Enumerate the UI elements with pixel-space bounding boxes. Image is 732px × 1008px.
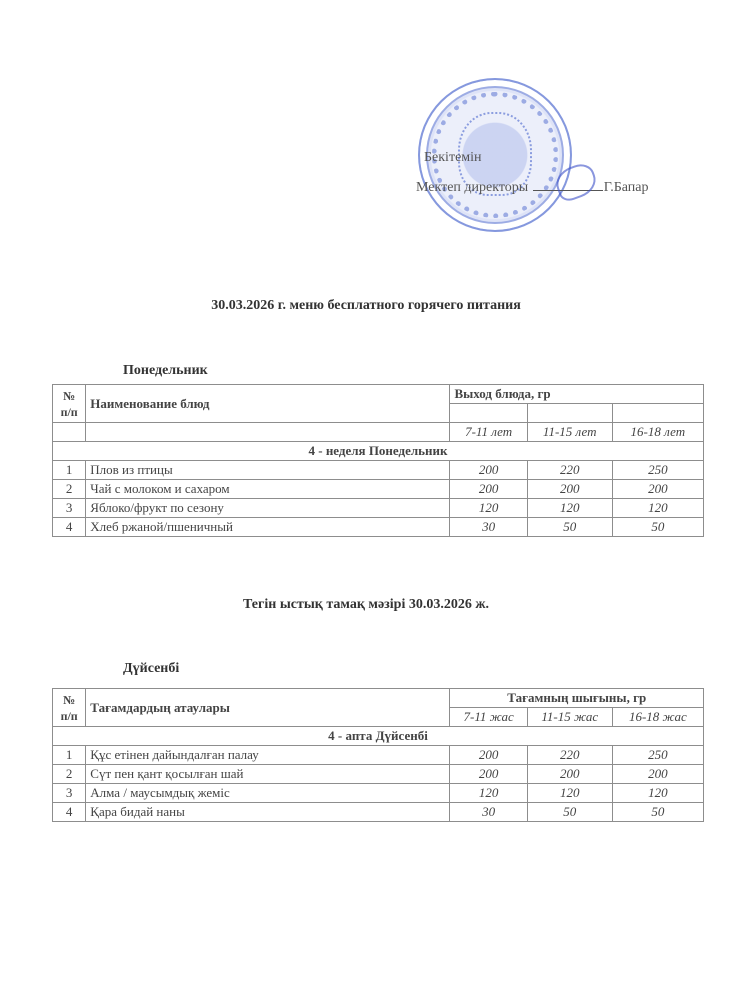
age-group: 7-11 жас xyxy=(450,708,527,727)
portion-value: 200 xyxy=(527,765,612,784)
director-name: Г.Бапар xyxy=(604,180,649,195)
age-group: 7-11 лет xyxy=(450,423,527,442)
director-signature-line: Мектеп директоры Г.Бапар xyxy=(416,178,649,196)
age-group: 16-18 жас xyxy=(612,708,703,727)
dish-name: Сүт пен қант қосылған шай xyxy=(86,765,450,784)
director-position: Мектеп директоры xyxy=(416,180,528,195)
menu-table-kz: № п/п Тағамдардың атаулары Тағамның шығы… xyxy=(52,688,704,822)
header-dish-name: Наименование блюд xyxy=(86,385,450,423)
portion-value: 30 xyxy=(450,803,527,822)
header-num: № п/п xyxy=(53,385,86,423)
portion-value: 250 xyxy=(612,461,703,480)
portion-value: 220 xyxy=(527,746,612,765)
dish-name: Плов из птицы xyxy=(86,461,450,480)
table-row: 3 Яблоко/фрукт по сезону 120 120 120 xyxy=(53,499,704,518)
menu-title-kz: Тегін ыстық тамақ мәзірі 30.03.2026 ж. xyxy=(0,597,732,613)
empty-cell xyxy=(527,404,612,423)
portion-value: 50 xyxy=(612,518,703,537)
portion-value: 120 xyxy=(527,499,612,518)
header-output: Выход блюда, гр xyxy=(450,385,704,404)
portion-value: 200 xyxy=(612,765,703,784)
empty-cell xyxy=(86,423,450,442)
table-row: 1 Плов из птицы 200 220 250 xyxy=(53,461,704,480)
portion-value: 120 xyxy=(527,784,612,803)
menu-title-ru: 30.03.2026 г. меню бесплатного горячего … xyxy=(0,298,732,314)
menu-table-ru: № п/п Наименование блюд Выход блюда, гр … xyxy=(52,384,704,537)
age-group: 11-15 жас xyxy=(527,708,612,727)
portion-value: 50 xyxy=(527,803,612,822)
portion-value: 250 xyxy=(612,746,703,765)
row-num: 2 xyxy=(53,480,86,499)
row-num: 2 xyxy=(53,765,86,784)
dish-name: Қара бидай наны xyxy=(86,803,450,822)
portion-value: 50 xyxy=(527,518,612,537)
table-row: 2 Чай с молоком и сахаром 200 200 200 xyxy=(53,480,704,499)
header-num: № п/п xyxy=(53,689,86,727)
week-label: 4 - неделя Понедельник xyxy=(53,442,704,461)
empty-cell xyxy=(450,404,527,423)
portion-value: 120 xyxy=(612,784,703,803)
age-group: 16-18 лет xyxy=(612,423,703,442)
row-num: 3 xyxy=(53,499,86,518)
day-label-ru: Понедельник xyxy=(123,363,208,379)
dish-name: Чай с молоком и сахаром xyxy=(86,480,450,499)
portion-value: 220 xyxy=(527,461,612,480)
dish-name: Құс етінен дайындалған палау xyxy=(86,746,450,765)
day-label-kz: Дүйсенбі xyxy=(123,661,179,677)
row-num: 1 xyxy=(53,746,86,765)
table-row: 2 Сүт пен қант қосылған шай 200 200 200 xyxy=(53,765,704,784)
portion-value: 50 xyxy=(612,803,703,822)
portion-value: 200 xyxy=(450,765,527,784)
header-dish-name: Тағамдардың атаулары xyxy=(86,689,450,727)
portion-value: 200 xyxy=(450,746,527,765)
row-num: 4 xyxy=(53,518,86,537)
portion-value: 200 xyxy=(612,480,703,499)
header-output: Тағамның шығыны, гр xyxy=(450,689,704,708)
dish-name: Алма / маусымдық жеміс xyxy=(86,784,450,803)
portion-value: 200 xyxy=(527,480,612,499)
empty-cell xyxy=(612,404,703,423)
portion-value: 120 xyxy=(612,499,703,518)
portion-value: 120 xyxy=(450,784,527,803)
age-group: 11-15 лет xyxy=(527,423,612,442)
table-row: 4 Хлеб ржаной/пшеничный 30 50 50 xyxy=(53,518,704,537)
row-num: 1 xyxy=(53,461,86,480)
empty-cell xyxy=(53,423,86,442)
table-row: 3 Алма / маусымдық жеміс 120 120 120 xyxy=(53,784,704,803)
dish-name: Хлеб ржаной/пшеничный xyxy=(86,518,450,537)
table-row: 1 Құс етінен дайындалған палау 200 220 2… xyxy=(53,746,704,765)
table-row: 4 Қара бидай наны 30 50 50 xyxy=(53,803,704,822)
row-num: 3 xyxy=(53,784,86,803)
row-num: 4 xyxy=(53,803,86,822)
approval-label: Бекітемін xyxy=(424,150,482,166)
portion-value: 200 xyxy=(450,461,527,480)
portion-value: 200 xyxy=(450,480,527,499)
portion-value: 120 xyxy=(450,499,527,518)
week-label: 4 - апта Дүйсенбі xyxy=(53,727,704,746)
portion-value: 30 xyxy=(450,518,527,537)
dish-name: Яблоко/фрукт по сезону xyxy=(86,499,450,518)
